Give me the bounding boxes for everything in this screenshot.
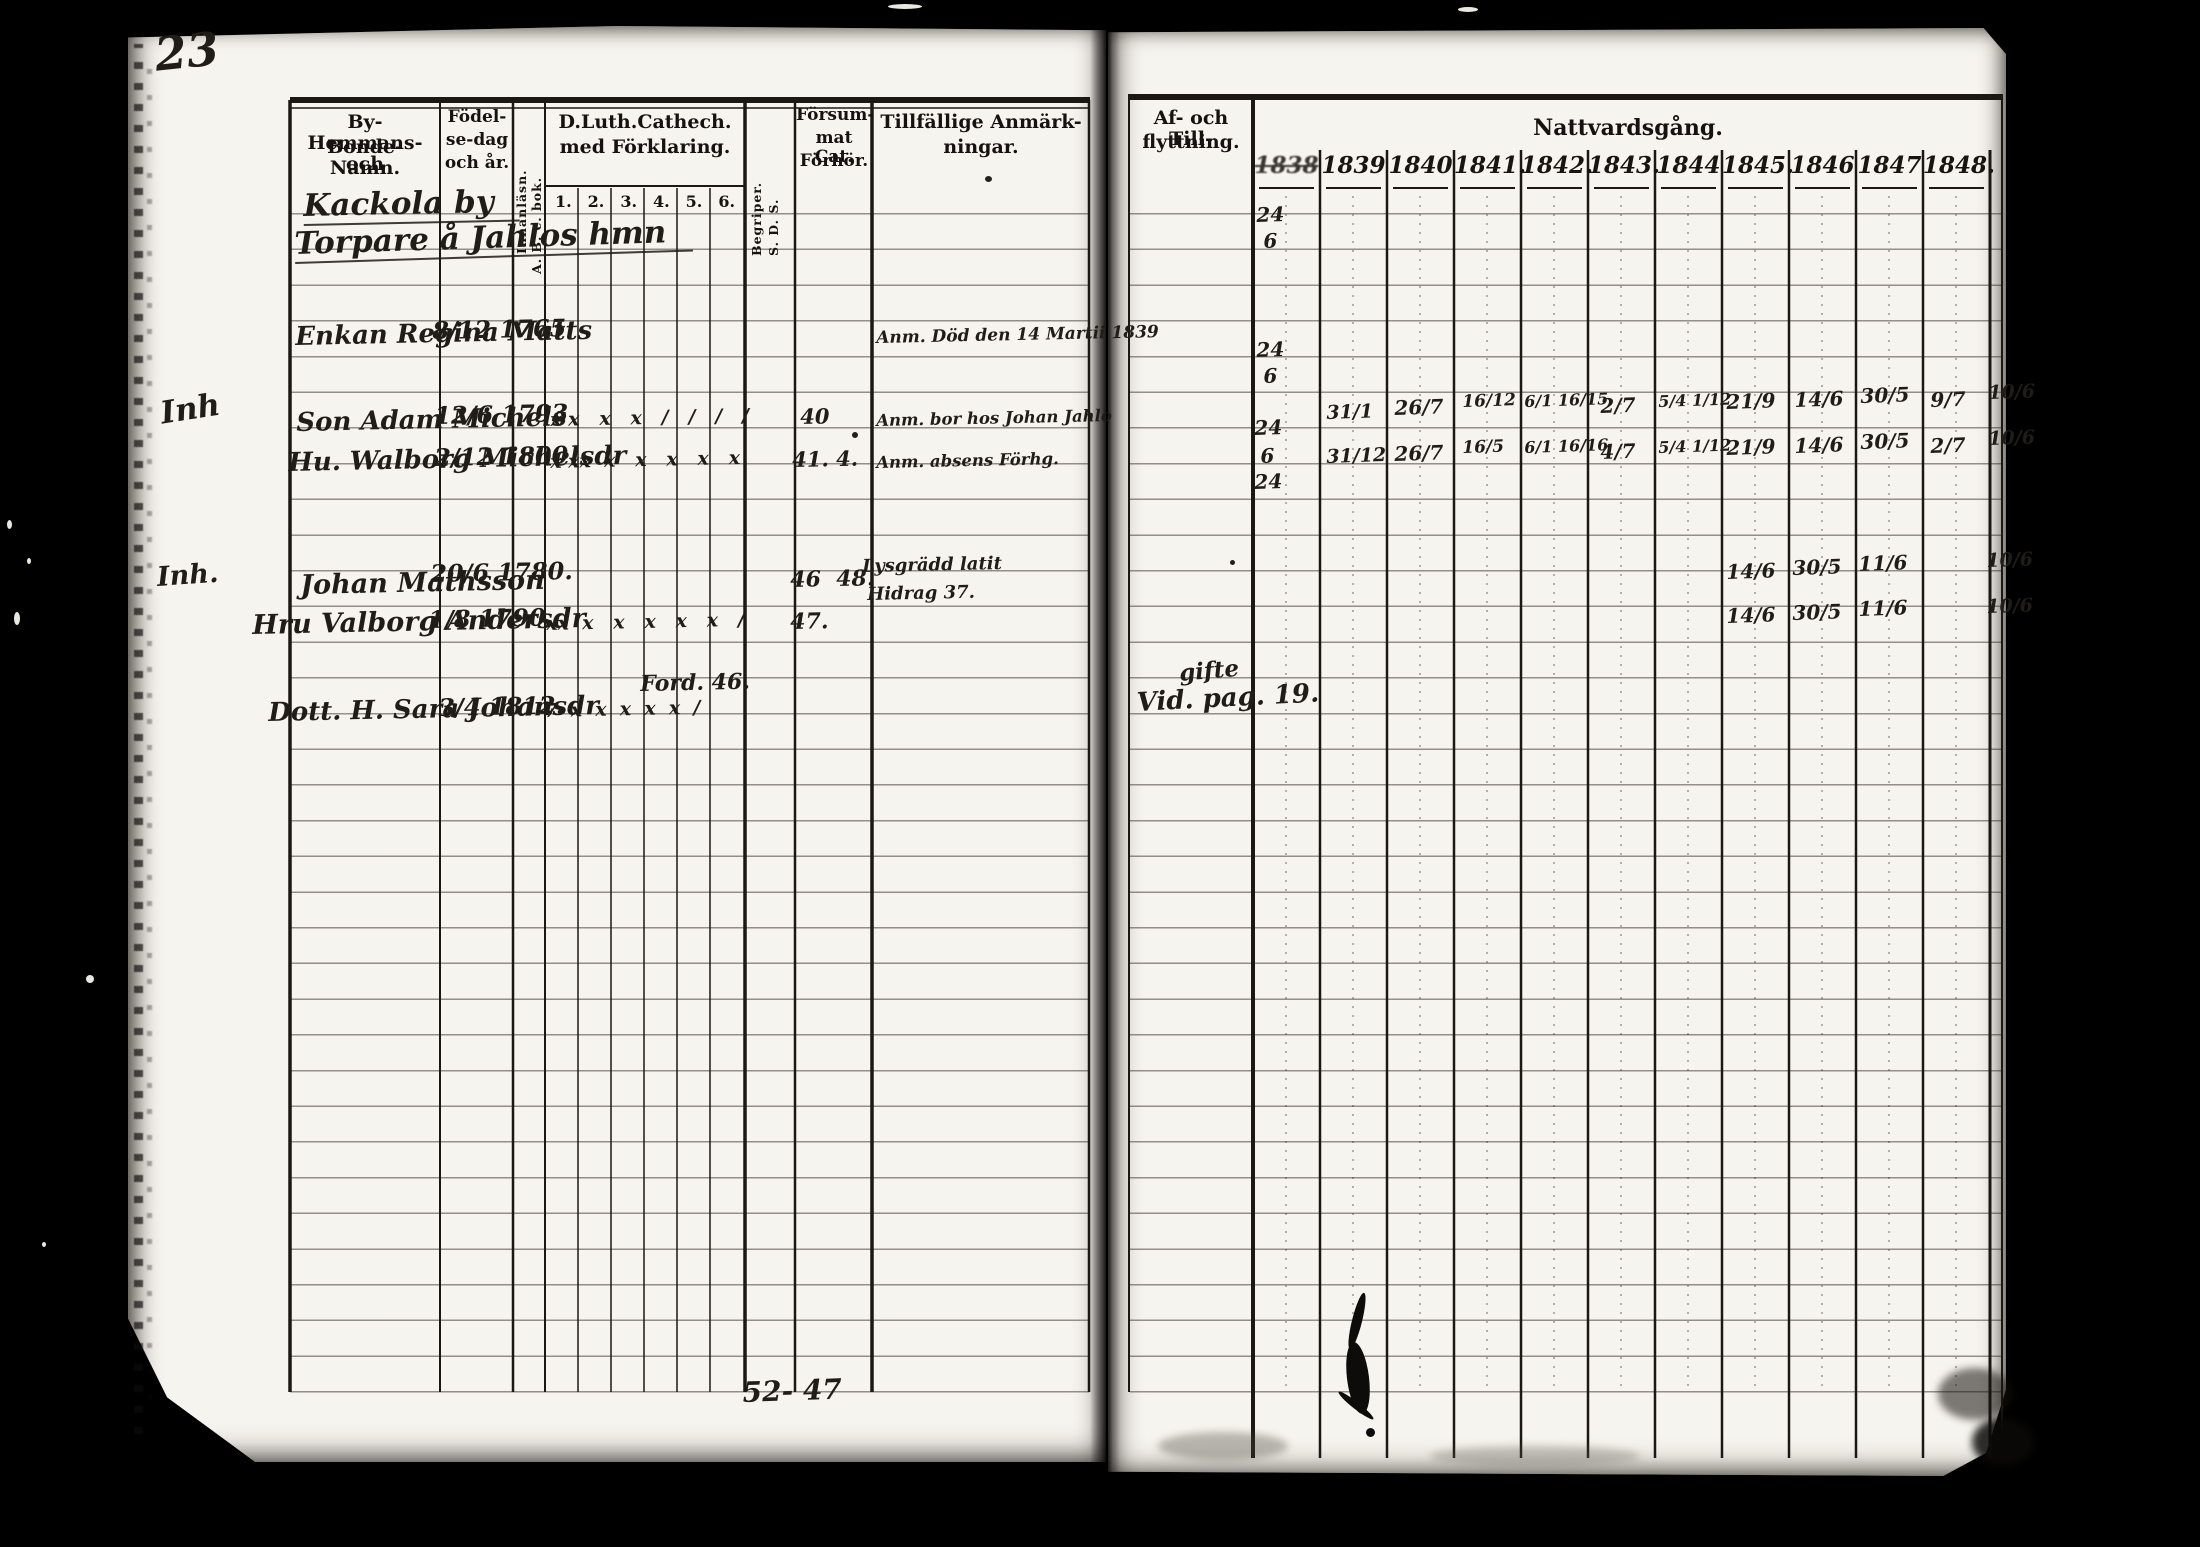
margin-speck-4: [86, 975, 94, 983]
corner-smudge-2: [1972, 1418, 2034, 1466]
header-remarks-line1: Tillfällige Anmärk-: [874, 112, 1088, 133]
header-remarks-line2: ningar.: [874, 137, 1088, 158]
page-number: 23: [152, 21, 221, 81]
adam-1838-day: 24: [1254, 415, 1283, 440]
year-1838: 1838: [1253, 152, 1320, 179]
valborg-exam-marks: xx x x x x x /: [546, 609, 745, 635]
year-1845: 1845.: [1722, 152, 1789, 179]
year-1842: 1842.: [1521, 152, 1588, 179]
year-1841: 1841.: [1454, 152, 1521, 179]
walborg-1840: 26/7: [1394, 440, 1444, 466]
regina-1838-month: 6: [1263, 364, 1278, 388]
year-1839: 1839: [1320, 152, 1387, 179]
top-1838-month: 6: [1263, 229, 1278, 253]
page-ink-dot-3: [1230, 560, 1235, 565]
johan-remark-line1: Lysgrädd latit: [862, 553, 1002, 577]
cathech-col-5: 5.: [678, 192, 711, 211]
valborg-birthdate: 1/8 1790: [428, 603, 546, 634]
header-sds-line2: S. D. S.: [766, 106, 781, 256]
footer-note: 52- 47: [742, 1373, 842, 1409]
header-name-line2: Bonde-Namn.: [292, 137, 438, 179]
adam-1846: 14/6: [1794, 386, 1844, 412]
johan-1846: 30/5: [1792, 554, 1842, 580]
cathech-col-2: 2.: [580, 192, 613, 211]
year-1847: 1847: [1856, 152, 1923, 179]
edge-speck: [888, 4, 922, 9]
valborg2-1847: 11/6: [1858, 595, 1908, 621]
header-communion-title: Nattvardsgång.: [1253, 116, 2003, 140]
johan-1847: 11/6: [1858, 550, 1908, 576]
edge-speck-2: [1458, 7, 1478, 12]
header-cathech-line2: med Förklaring.: [547, 137, 743, 158]
adam-1845: 21/9: [1726, 388, 1776, 414]
adam-birthdate: 12/6 1793: [434, 398, 569, 430]
johan-margin-date: 10/6: [1986, 548, 2033, 572]
walborg-1846: 14/6: [1794, 432, 1844, 458]
walborg-1845: 21/9: [1726, 434, 1776, 460]
header-neglect-line1: Försum-: [796, 106, 872, 125]
johan-1845: 14/6: [1726, 558, 1776, 584]
margin-speck-5: [42, 1242, 46, 1247]
header-cathech-line1: D.Luth.Cathech.: [547, 112, 743, 133]
walborg-1848: 2/7: [1930, 433, 1966, 458]
year-1848: 1848.: [1923, 152, 1990, 179]
valborg2-1846: 30/5: [1792, 599, 1842, 625]
adam-1847: 30/5: [1860, 382, 1910, 408]
adam-1843: 2/7: [1600, 393, 1636, 418]
interline-note: Ford. 46.: [640, 669, 750, 697]
valborg2-margin-date: 10/6: [1986, 594, 2033, 618]
header-moving-line2: flyttning.: [1130, 132, 1252, 153]
cathech-col-1: 1.: [547, 192, 580, 211]
header-neglect-line3: Förhör.: [796, 152, 872, 171]
valborg2-1845: 14/6: [1726, 602, 1776, 628]
walborg-remark: Anm. absens Förhg.: [876, 449, 1059, 472]
cathech-col-6: 6.: [710, 192, 743, 211]
margin-speck-3: [27, 558, 31, 564]
header-cathech-subcolumns: 1. 2. 3. 4. 5. 6.: [547, 192, 743, 211]
adam-1844: 5/4 1/12: [1658, 389, 1732, 411]
cathech-col-3: 3.: [612, 192, 645, 211]
year-1844: 1844: [1655, 152, 1722, 179]
cathech-col-4: 4.: [645, 192, 678, 211]
johan-remark-line2: Hidrag 37.: [867, 582, 975, 605]
bottom-smudge: [1158, 1432, 1288, 1460]
adam-1848: 9/7: [1930, 387, 1966, 412]
walborg-1843: 4/7: [1600, 439, 1636, 464]
walborg-1847: 30/5: [1860, 428, 1910, 454]
page-ink-dot-2: [985, 176, 992, 182]
header-birth-line1: Födel-: [441, 108, 513, 127]
johan-birthdate: 20/6 1780.: [430, 556, 573, 588]
adam-margin-date: 10/6: [1988, 380, 2035, 404]
top-1838-day: 24: [1256, 202, 1285, 227]
bottom-smudge-2: [1430, 1446, 1640, 1466]
margin-speck: [14, 612, 20, 625]
walborg-exam-marks: x xx x x x x x: [550, 447, 740, 473]
header-birth-line2: se-dag: [441, 131, 513, 150]
header-sds-line1: Begriper.: [749, 106, 764, 256]
adam-1838-month: 6: [1260, 444, 1275, 468]
scanned-church-record: 23 By- Hemmans- och Bonde-Namn. Födel- s…: [0, 0, 2200, 1547]
ink-blot-drop: [1366, 1428, 1375, 1437]
year-1843: 1843.: [1588, 152, 1655, 179]
adam-1841: 16/12: [1462, 390, 1516, 412]
regina-1838-day: 24: [1256, 337, 1285, 362]
adam-1840: 26/7: [1394, 394, 1444, 420]
year-1846: 1846: [1789, 152, 1856, 179]
header-birth-line3: och år.: [441, 154, 513, 173]
johan-margin-note: Inh.: [156, 558, 219, 593]
page-ink-dot: [852, 432, 858, 438]
adam-1838-extra: 24: [1254, 469, 1283, 494]
adam-neglect-value: 40: [800, 403, 830, 429]
walborg-birthdate: 2/12 1800: [434, 440, 569, 472]
sara-exam-marks: 7 x x x x x /: [544, 697, 701, 722]
corner-smudge: [1938, 1368, 2012, 1420]
walborg-1841: 16/5: [1462, 437, 1504, 458]
valborg-neglect-value: 47.: [790, 608, 829, 635]
walborg-neglect-value: 41. 4.: [792, 446, 858, 472]
walborg-1844: 5/4 1/12: [1658, 435, 1732, 457]
walborg-1839: 31/12: [1326, 444, 1387, 468]
year-1840: 1840: [1387, 152, 1454, 179]
adam-exam-marks: x x x x / / / /: [550, 405, 749, 431]
margin-speck-2: [7, 520, 12, 529]
adam-1839: 31/1: [1326, 400, 1373, 424]
walborg-margin-date: 10/6: [1988, 426, 2035, 450]
regina-birthdate: 8/12 1765: [432, 313, 567, 345]
walborg-1842: 6/1 16/16: [1524, 435, 1609, 457]
adam-1842: 6/1 16/15: [1524, 389, 1609, 411]
